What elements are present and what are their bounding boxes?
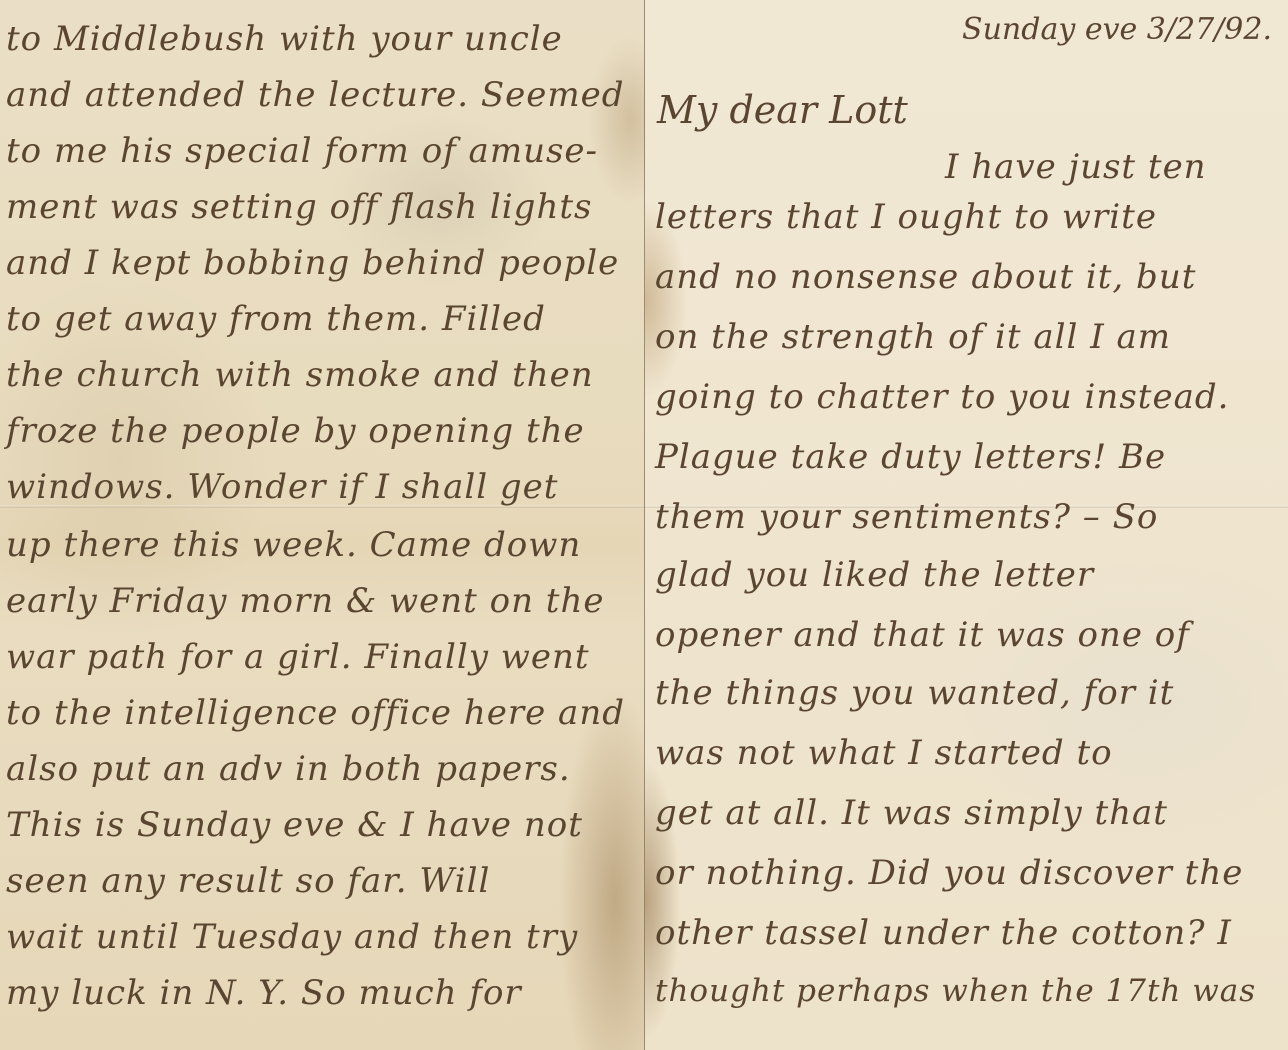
text-line: going to chatter to you instead. — [655, 380, 1229, 414]
text-line: them your sentiments? – So — [655, 500, 1158, 534]
text-line: seen any result so far. Will — [6, 864, 490, 898]
text-line: the church with smoke and then — [6, 358, 594, 392]
text-line: to Middlebush with your uncle — [6, 22, 563, 56]
left-page-text: to Middlebush with your uncle and attend… — [0, 0, 645, 1050]
text-line: thought perhaps when the 17th was — [655, 976, 1256, 1007]
text-line: to me his special form of amuse- — [6, 134, 598, 168]
text-line: get at all. It was simply that — [655, 796, 1168, 830]
text-line: also put an adv in both papers. — [6, 752, 571, 786]
text-line: other tassel under the cotton? I — [655, 916, 1232, 950]
left-page: to Middlebush with your uncle and attend… — [0, 0, 645, 1050]
text-line: to the intelligence office here and — [6, 696, 625, 730]
right-page-text: I have just ten letters that I ought to … — [645, 0, 1288, 1050]
text-line: and attended the lecture. Seemed — [6, 78, 625, 112]
letter-spread: to Middlebush with your uncle and attend… — [0, 0, 1288, 1050]
text-line: on the strength of it all I am — [655, 320, 1171, 354]
text-line: Plague take duty letters! Be — [655, 440, 1166, 474]
text-line: my luck in N. Y. So much for — [6, 976, 522, 1010]
text-line: wait until Tuesday and then try — [6, 920, 578, 954]
text-line: glad you liked the letter — [655, 558, 1094, 592]
text-line: froze the people by opening the — [6, 414, 585, 448]
text-line: and no nonsense about it, but — [655, 260, 1196, 294]
text-line: opener and that it was one of — [655, 618, 1190, 652]
text-line: This is Sunday eve & I have not — [6, 808, 583, 842]
text-line: war path for a girl. Finally went — [6, 640, 590, 674]
text-line: ment was setting off flash lights — [6, 190, 592, 224]
text-line: to get away from them. Filled — [6, 302, 546, 336]
right-page: Sunday eve 3/27/92. My dear Lott I have … — [645, 0, 1288, 1050]
text-line: and I kept bobbing behind people — [6, 246, 619, 280]
text-line: up there this week. Came down — [6, 528, 581, 562]
text-line: I have just ten — [945, 150, 1207, 184]
text-line: early Friday morn & went on the — [6, 584, 605, 618]
text-line: was not what I started to — [655, 736, 1113, 770]
text-line: letters that I ought to write — [655, 200, 1157, 234]
text-line: or nothing. Did you discover the — [655, 856, 1243, 890]
text-line: the things you wanted, for it — [655, 676, 1174, 710]
text-line: windows. Wonder if I shall get — [6, 470, 558, 504]
